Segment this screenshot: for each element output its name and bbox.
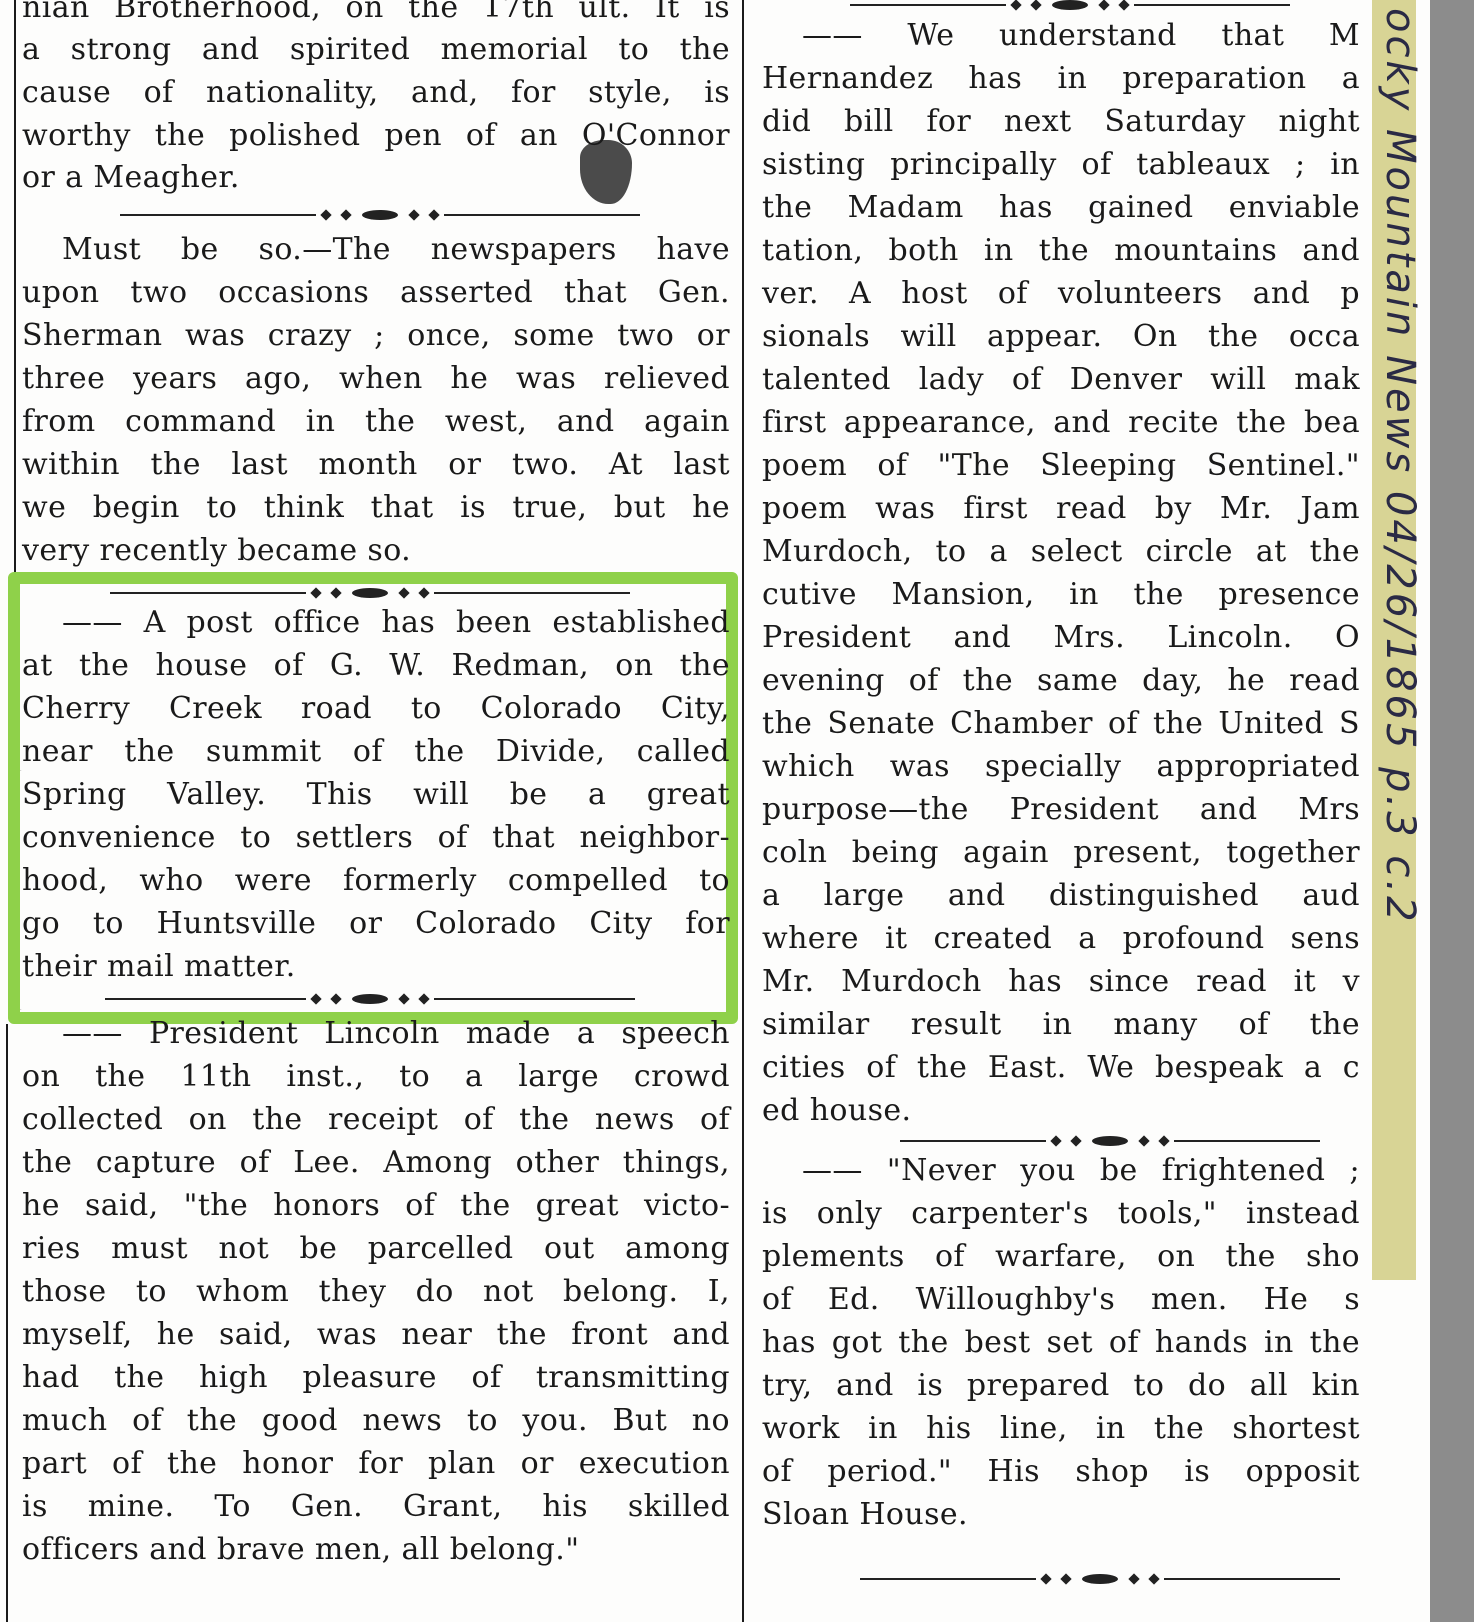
text-line: their mail matter.: [22, 949, 730, 985]
text-line: within the last month or two. At last: [22, 447, 730, 483]
text-line: evening of the same day, he read: [762, 663, 1360, 699]
text-line: Murdoch, to a select circle at the: [762, 534, 1360, 570]
text-line: poem of "The Sleeping Sentinel.": [762, 448, 1360, 484]
column-divider: [742, 0, 744, 1622]
text-line: purpose—the President and Mrs: [762, 792, 1360, 828]
text-line: Mr. Murdoch has since read it v: [762, 964, 1360, 1000]
text-line: hood, who were formerly compelled to: [22, 863, 730, 899]
newspaper-page: nian Brotherhood, on the 17th ult. It is…: [0, 0, 1474, 1622]
text-line: Cherry Creek road to Colorado City,: [22, 691, 730, 727]
text-line: myself, he said, was near the front and: [22, 1317, 730, 1353]
text-line: Hernandez has in preparation a: [762, 61, 1360, 97]
text-line: cutive Mansion, in the presence: [762, 577, 1360, 613]
text-line: a large and distinguished aud: [762, 878, 1360, 914]
text-line: Sloan House.: [762, 1497, 1360, 1533]
handwritten-citation: ocky Mountain News 04/26/1865 p.3 c.2: [1377, 8, 1423, 925]
section-ornament: [105, 994, 635, 1004]
text-line: sisting principally of tableaux ; in: [762, 147, 1360, 183]
text-line: plements of warfare, on the sho: [762, 1239, 1360, 1275]
text-line: —— A post office has been established: [22, 605, 730, 641]
text-line: first appearance, and recite the bea: [762, 405, 1360, 441]
section-ornament: [110, 588, 630, 598]
text-line: tation, both in the mountains and: [762, 233, 1360, 269]
text-line: very recently became so.: [22, 533, 730, 569]
text-line: where it created a profound sens: [762, 921, 1360, 957]
text-line: has got the best set of hands in the: [762, 1325, 1360, 1361]
text-line: convenience to settlers of that neighbor…: [22, 820, 730, 856]
scan-edge: [1430, 0, 1474, 1622]
text-line: or a Meagher.: [22, 160, 730, 196]
text-line: Must be so.—The newspapers have: [22, 232, 730, 268]
text-line: did bill for next Saturday night: [762, 104, 1360, 140]
text-line: the Madam has gained enviable: [762, 190, 1360, 226]
text-line: similar result in many of the: [762, 1007, 1360, 1043]
text-line: of Ed. Willoughby's men. He s: [762, 1282, 1360, 1318]
text-line: of period." His shop is opposit: [762, 1454, 1360, 1490]
text-line: worthy the polished pen of an O'Connor: [22, 118, 730, 154]
text-line: nian Brotherhood, on the 17th ult. It is: [22, 0, 730, 26]
text-line: at the house of G. W. Redman, on the: [22, 648, 730, 684]
text-line: much of the good news to you. But no: [22, 1403, 730, 1439]
text-line: ries must not be parcelled out among: [22, 1231, 730, 1267]
text-line: go to Huntsville or Colorado City for: [22, 906, 730, 942]
text-line: try, and is prepared to do all kin: [762, 1368, 1360, 1404]
text-line: the Senate Chamber of the United S: [762, 706, 1360, 742]
text-line: sionals will appear. On the occa: [762, 319, 1360, 355]
text-line: cities of the East. We bespeak a c: [762, 1050, 1360, 1086]
text-line: collected on the receipt of the news of: [22, 1102, 730, 1138]
text-line: Sherman was crazy ; once, some two or: [22, 318, 730, 354]
text-line: on the 11th inst., to a large crowd: [22, 1059, 730, 1095]
text-line: is only carpenter's tools," instead: [762, 1196, 1360, 1232]
text-line: a strong and spirited memorial to the: [22, 32, 730, 68]
text-line: from command in the west, and again: [22, 404, 730, 440]
text-line: we begin to think that is true, but he: [22, 490, 730, 526]
text-line: coln being again present, together: [762, 835, 1360, 871]
section-ornament: [900, 1136, 1320, 1146]
text-line: President and Mrs. Lincoln. O: [762, 620, 1360, 656]
text-line: work in his line, in the shortest: [762, 1411, 1360, 1447]
text-line: those to whom they do not belong. I,: [22, 1274, 730, 1310]
text-line: three years ago, when he was relieved: [22, 361, 730, 397]
text-line: part of the honor for plan or execution: [22, 1446, 730, 1482]
text-line: officers and brave men, all belong.": [22, 1532, 730, 1568]
text-line: ver. A host of volunteers and p: [762, 276, 1360, 312]
text-line: Spring Valley. This will be a great: [22, 777, 730, 813]
section-ornament: [850, 0, 1290, 10]
text-line: upon two occasions asserted that Gen.: [22, 275, 730, 311]
text-line: poem was first read by Mr. Jam: [762, 491, 1360, 527]
left-border-rule-lower: [6, 1024, 8, 1622]
text-line: talented lady of Denver will mak: [762, 362, 1360, 398]
section-ornament: [860, 1574, 1340, 1584]
text-line: is mine. To Gen. Grant, his skilled: [22, 1489, 730, 1525]
text-line: had the high pleasure of transmitting: [22, 1360, 730, 1396]
text-line: near the summit of the Divide, called: [22, 734, 730, 770]
text-line: the capture of Lee. Among other things,: [22, 1145, 730, 1181]
text-line: ed house.: [762, 1093, 1360, 1129]
text-line: —— We understand that M: [762, 18, 1360, 54]
text-line: —— "Never you be frightened ;: [762, 1153, 1360, 1189]
text-line: which was specially appropriated: [762, 749, 1360, 785]
text-line: —— President Lincoln made a speech: [22, 1016, 730, 1052]
text-line: cause of nationality, and, for style, is: [22, 75, 730, 111]
section-ornament: [120, 210, 640, 220]
text-line: he said, "the honors of the great victo-: [22, 1188, 730, 1224]
